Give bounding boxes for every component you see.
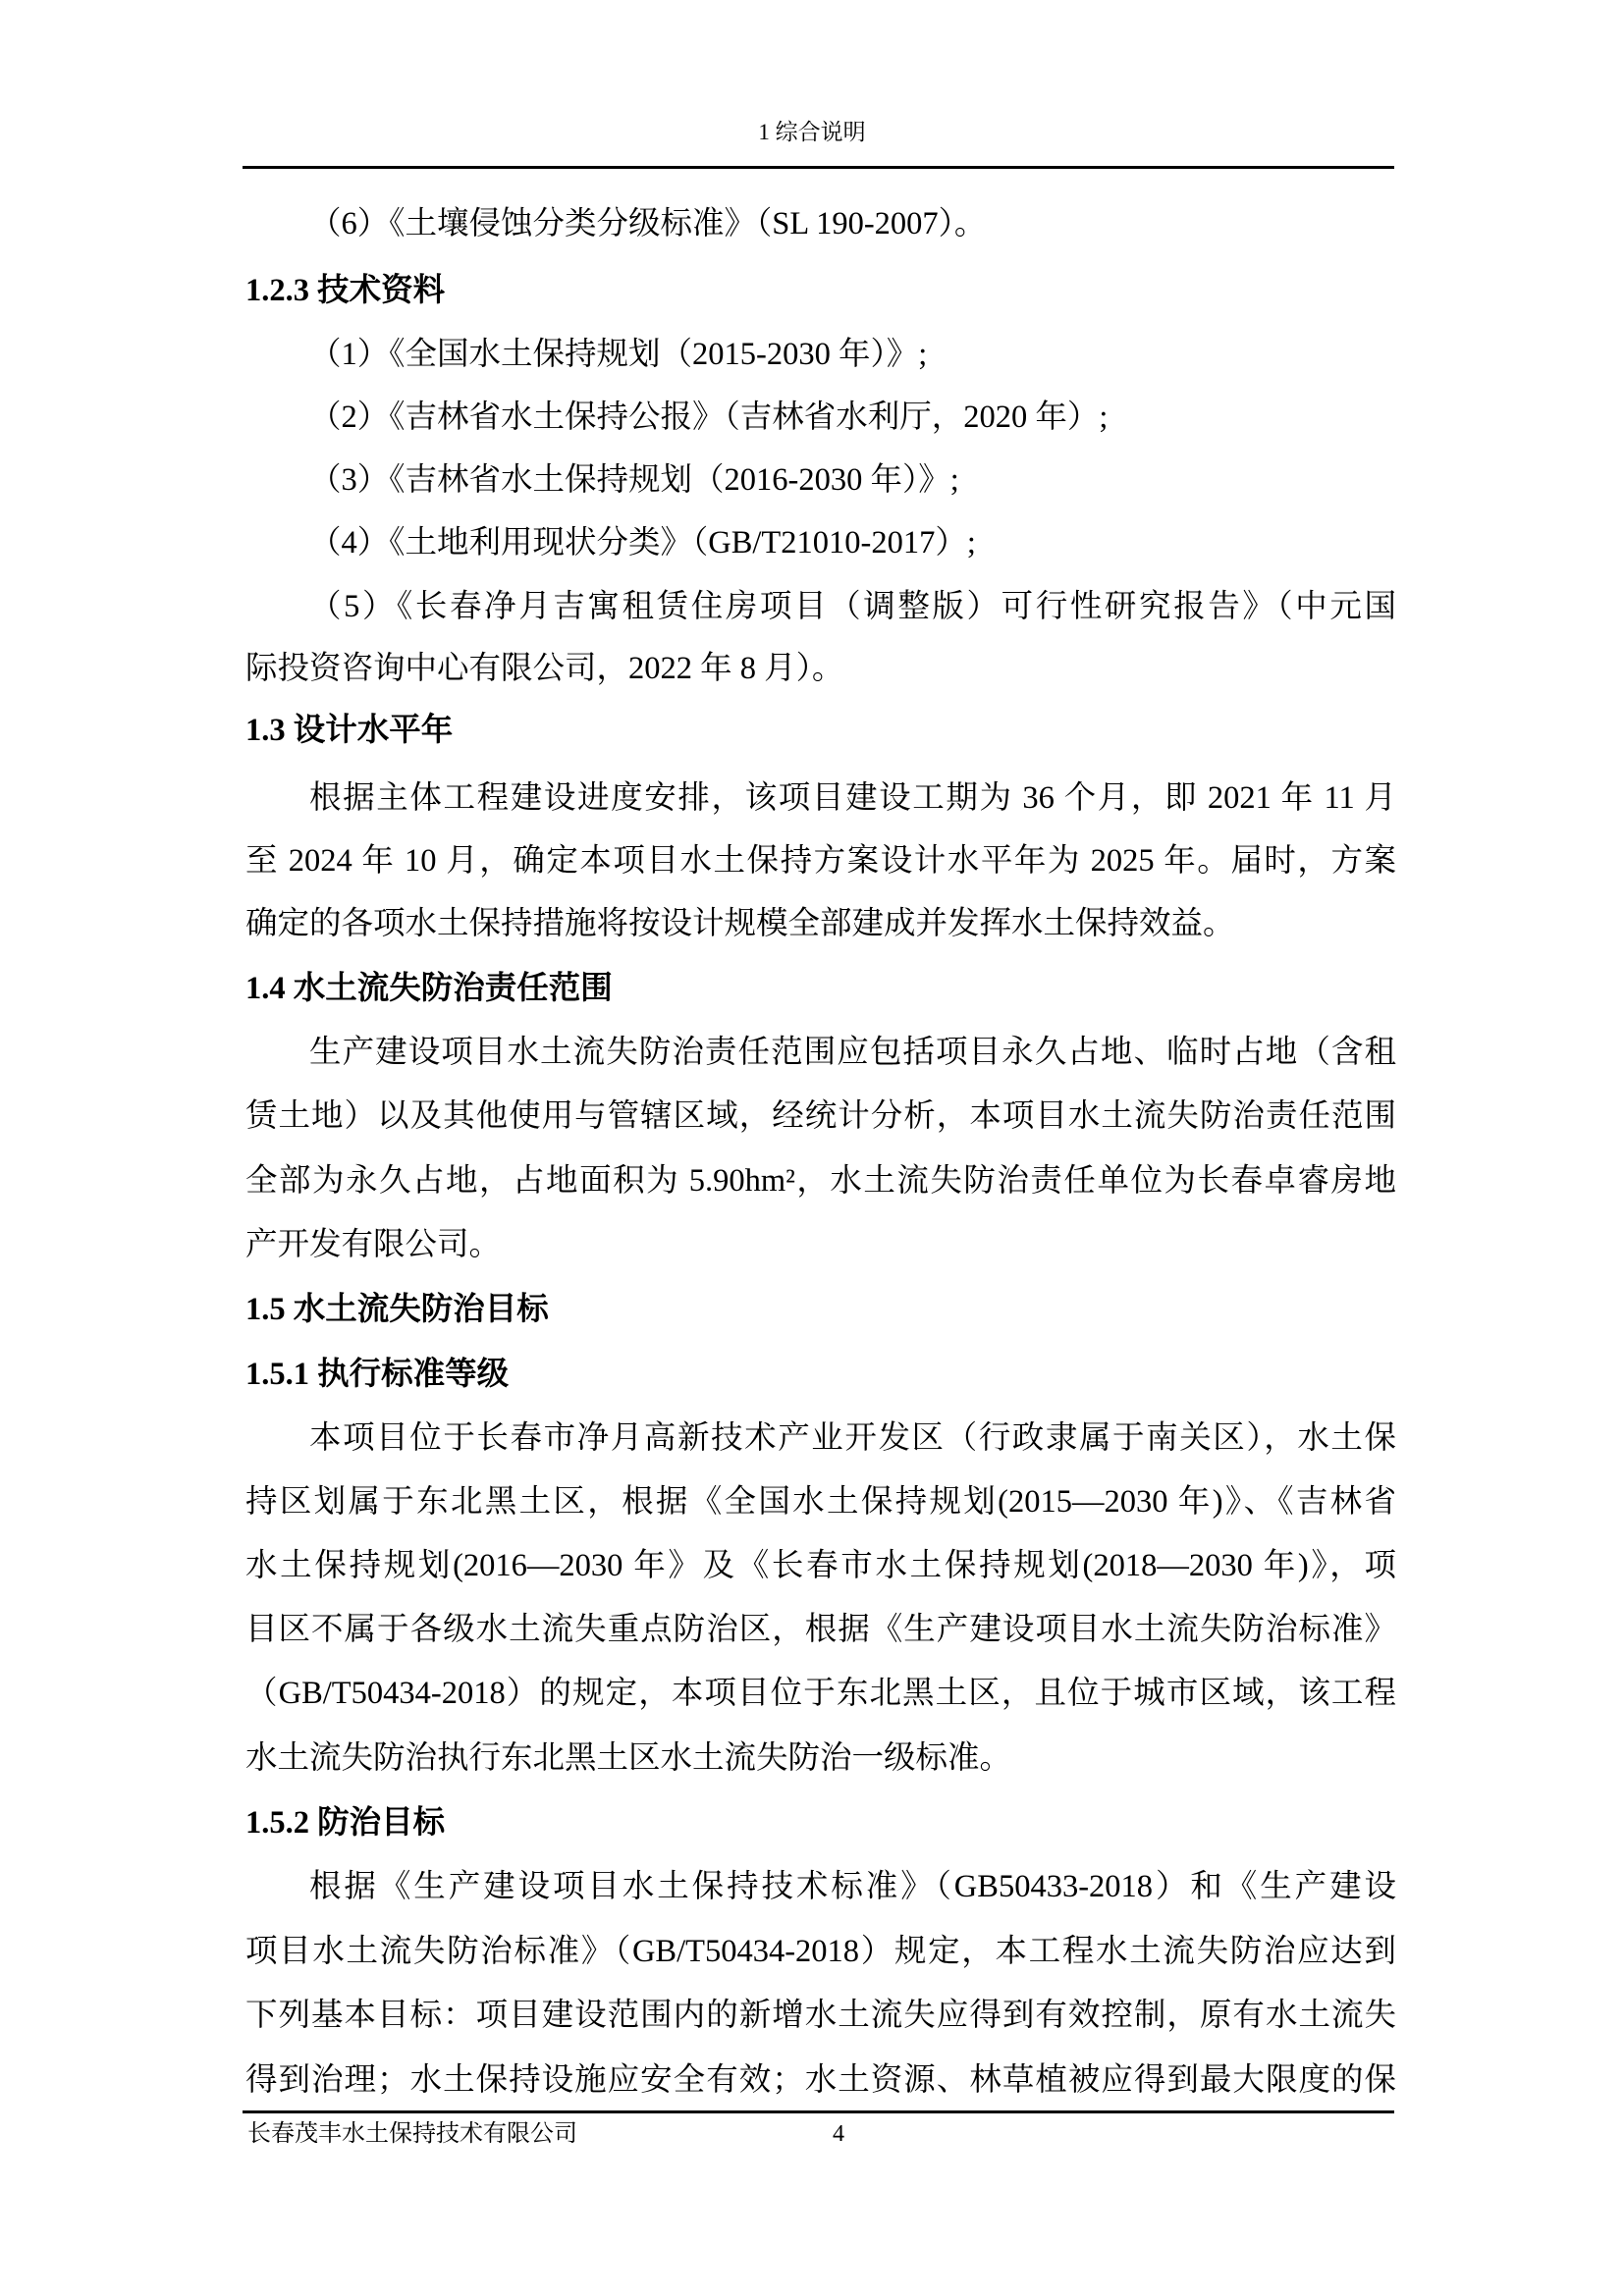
body-text-line: 持区划属于东北黑土区，根据《全国水土保持规划(2015—2030 年)》、《吉林… <box>245 1480 1396 1523</box>
body-text-line: （5）《长春净月吉寓租赁住房项目（调整版）可行性研究报告》（中元国 <box>309 585 1396 628</box>
page-number: 4 <box>833 2118 844 2150</box>
document-page: 1 综合说明 （6）《土壤侵蚀分类分级标准》（SL 190-2007）。1.2.… <box>0 0 1624 2296</box>
body-text-line: 生产建设项目水土流失防治责任范围应包括项目永久占地、临时占地（含租 <box>309 1031 1396 1074</box>
body-text-line: 确定的各项水土保持措施将按设计规模全部建成并发挥水土保持效益。 <box>245 902 1396 945</box>
running-header: 1 综合说明 <box>0 116 1624 149</box>
footer-rule <box>243 2110 1394 2113</box>
body-text-line: （GB/T50434-2018）的规定，本项目位于东北黑土区，且位于城市区域，该… <box>245 1672 1396 1715</box>
section-heading: 1.2.3 技术资料 <box>245 269 1396 312</box>
section-heading: 1.3 设计水平年 <box>245 709 1396 752</box>
footer-company: 长春茂丰水土保持技术有限公司 <box>247 2118 577 2150</box>
body-text-line: 得到治理；水土保持设施应安全有效；水土资源、林草植被应得到最大限度的保 <box>245 2058 1396 2102</box>
body-text-line: （6）《土壤侵蚀分类分级标准》（SL 190-2007）。 <box>309 202 1396 245</box>
body-text-line: 水土流失防治执行东北黑土区水土流失防治一级标准。 <box>245 1736 1396 1780</box>
body-text-line: （4）《土地利用现状分类》（GB/T21010-2017）; <box>309 521 1396 564</box>
body-text-line: 项目水土流失防治标准》（GB/T50434-2018）规定，本工程水土流失防治应… <box>245 1930 1396 1973</box>
header-rule <box>243 166 1394 169</box>
body-text-line: 下列基本目标：项目建设范围内的新增水土流失应得到有效控制，原有水土流失 <box>245 1994 1396 2037</box>
body-text-line: 全部为永久占地，占地面积为 5.90hm²，水土流失防治责任单位为长春卓睿房地 <box>245 1159 1396 1202</box>
body-text-line: （2）《吉林省水土保持公报》（吉林省水利厅，2020 年）; <box>309 396 1396 439</box>
section-heading: 1.4 水土流失防治责任范围 <box>245 967 1396 1010</box>
body-text-line: 根据主体工程建设进度安排，该项目建设工期为 36 个月，即 2021 年 11 … <box>309 776 1396 820</box>
section-heading: 1.5 水土流失防治目标 <box>245 1288 1396 1331</box>
body-text-line: 水土保持规划(2016—2030 年》及《长春市水土保持规划(2018—2030… <box>245 1544 1396 1587</box>
body-text-line: 产开发有限公司。 <box>245 1223 1396 1266</box>
body-text-line: （1）《全国水土保持规划（2015-2030 年）》; <box>309 333 1396 376</box>
body-text-line: （3）《吉林省水土保持规划（2016-2030 年）》; <box>309 458 1396 502</box>
body-text-line: 根据《生产建设项目水土保持技术标准》（GB50433-2018）和《生产建设 <box>309 1865 1396 1908</box>
section-heading: 1.5.1 执行标准等级 <box>245 1353 1396 1396</box>
body-text-line: 际投资咨询中心有限公司，2022 年 8 月）。 <box>245 647 1396 690</box>
section-heading: 1.5.2 防治目标 <box>245 1801 1396 1844</box>
body-text-line: 本项目位于长春市净月高新技术产业开发区（行政隶属于南关区），水土保 <box>309 1416 1396 1460</box>
body-text-line: 赁土地）以及其他使用与管辖区域，经统计分析，本项目水土流失防治责任范围 <box>245 1095 1396 1138</box>
body-text-line: 至 2024 年 10 月，确定本项目水土保持方案设计水平年为 2025 年。届… <box>245 839 1396 882</box>
body-text-line: 目区不属于各级水土流失重点防治区，根据《生产建设项目水土流失防治标准》 <box>245 1608 1396 1651</box>
